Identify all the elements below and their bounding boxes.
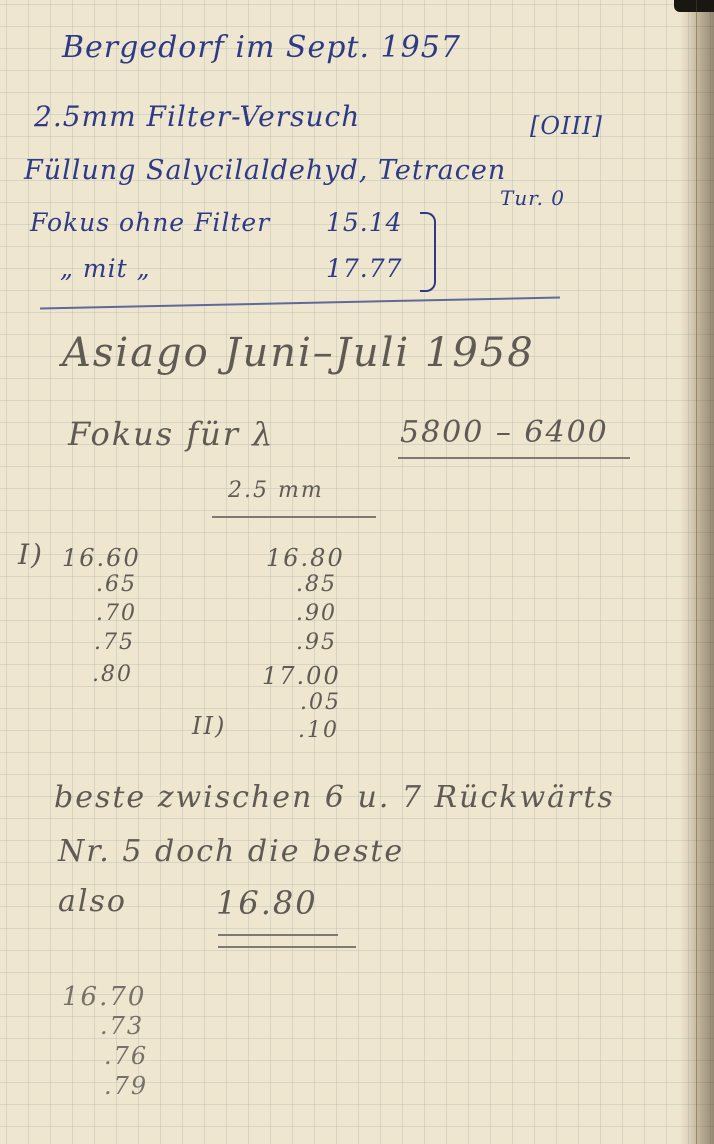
col1-row1: 16.60 [62, 544, 141, 572]
heading-asiago: Asiago Juni–Juli 1958 [62, 330, 535, 376]
oiii-annotation: [OIII] [530, 112, 603, 140]
page-corner-shadow [674, 0, 714, 12]
filter-size: 2.5 mm [228, 478, 324, 503]
col1-row2: .65 [96, 572, 137, 597]
conclusion-underline-2 [218, 946, 356, 948]
col1-row5: .80 [92, 662, 133, 687]
wavelength-underline [398, 457, 630, 459]
filling-line: Füllung Salycilaldehyd, Tetracen [24, 155, 506, 186]
note-best-between: beste zwischen 6 u. 7 Rückwärts [54, 780, 615, 815]
series-marker-2: II) [192, 712, 226, 740]
wavelength-range: 5800 – 6400 [400, 415, 609, 450]
experiment-title: 2.5mm Filter-Versuch [34, 100, 360, 133]
page-edge [696, 0, 697, 1144]
col2-row5: 17.00 [262, 662, 341, 690]
heading-bergedorf: Bergedorf im Sept. 1957 [62, 30, 461, 65]
extra-row4: .79 [104, 1072, 148, 1100]
col2-row6: .05 [300, 690, 341, 715]
filter-size-underline [212, 516, 376, 518]
focus-wavelength-label: Fokus für λ [68, 415, 275, 453]
col2-row7: .10 [298, 718, 339, 743]
conclusion-label: also [58, 884, 127, 919]
extra-row1: 16.70 [62, 982, 146, 1012]
focus-with-filter-value: 17.77 [326, 254, 403, 283]
notebook-page: Bergedorf im Sept. 1957 2.5mm Filter-Ver… [0, 0, 714, 1144]
extra-row3: .76 [104, 1042, 148, 1070]
conclusion-underline-1 [218, 934, 338, 936]
extra-row2: .73 [100, 1012, 144, 1040]
note-nr5-best: Nr. 5 doch die beste [58, 834, 404, 869]
focus-brace [420, 212, 436, 292]
focus-with-filter-label: „ mit „ [60, 254, 151, 283]
series-marker-1: I) [18, 538, 44, 571]
col2-row4: .95 [296, 630, 337, 655]
section-divider [40, 297, 560, 310]
col2-row2: .85 [296, 572, 337, 597]
col1-row3: .70 [96, 601, 137, 626]
filling-subnote: Tur. 0 [500, 186, 565, 210]
focus-without-filter-value: 15.14 [326, 208, 403, 237]
col1-row4: .75 [94, 630, 135, 655]
col2-row1: 16.80 [266, 544, 345, 572]
col2-row3: .90 [296, 601, 337, 626]
conclusion-value: 16.80 [216, 884, 318, 922]
focus-without-filter-label: Fokus ohne Filter [30, 208, 270, 237]
